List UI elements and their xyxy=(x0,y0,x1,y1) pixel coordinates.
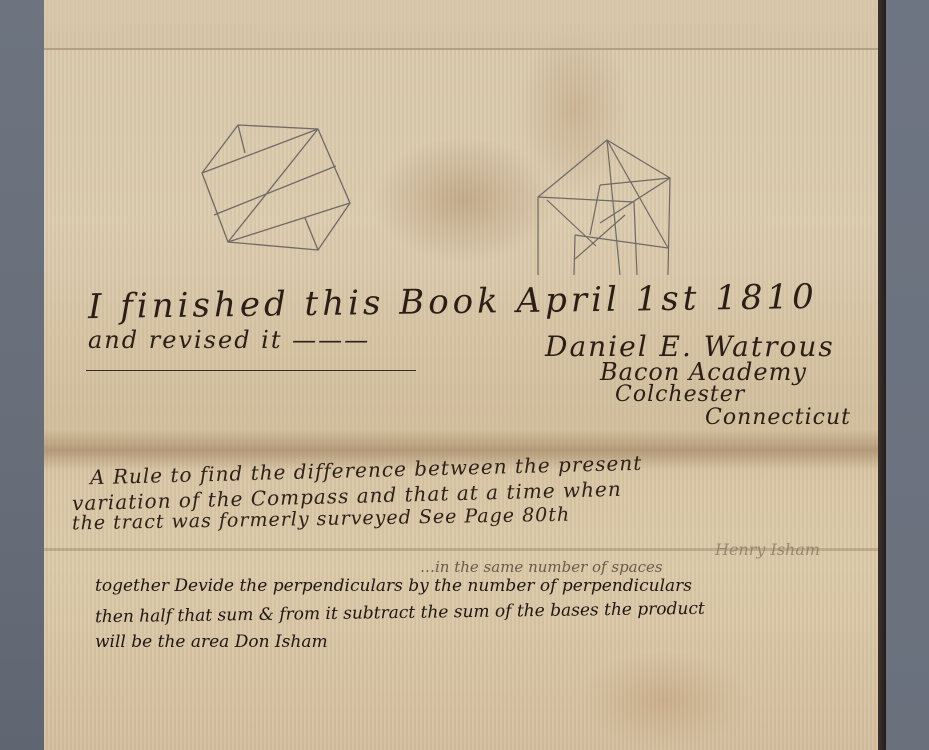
town-name: Colchester xyxy=(615,382,745,407)
background-left xyxy=(0,0,48,750)
pentagon-star-drawing xyxy=(530,135,680,280)
background-right xyxy=(879,0,929,750)
lower-line-3: will be the area Don Isham xyxy=(95,632,328,652)
lower-line-0: …in the same number of spaces xyxy=(420,558,663,576)
page-fold-line xyxy=(44,48,878,50)
faint-signature: Henry Isham xyxy=(715,540,820,559)
upper-page-flap xyxy=(44,0,878,50)
hexagon-drawing xyxy=(190,115,370,265)
lower-line-1: together Devide the perpendiculars by th… xyxy=(95,576,692,596)
state-name: Connecticut xyxy=(705,405,851,430)
inscription-line-2: and revised it ——— xyxy=(88,326,370,354)
underline-rule xyxy=(86,370,416,371)
